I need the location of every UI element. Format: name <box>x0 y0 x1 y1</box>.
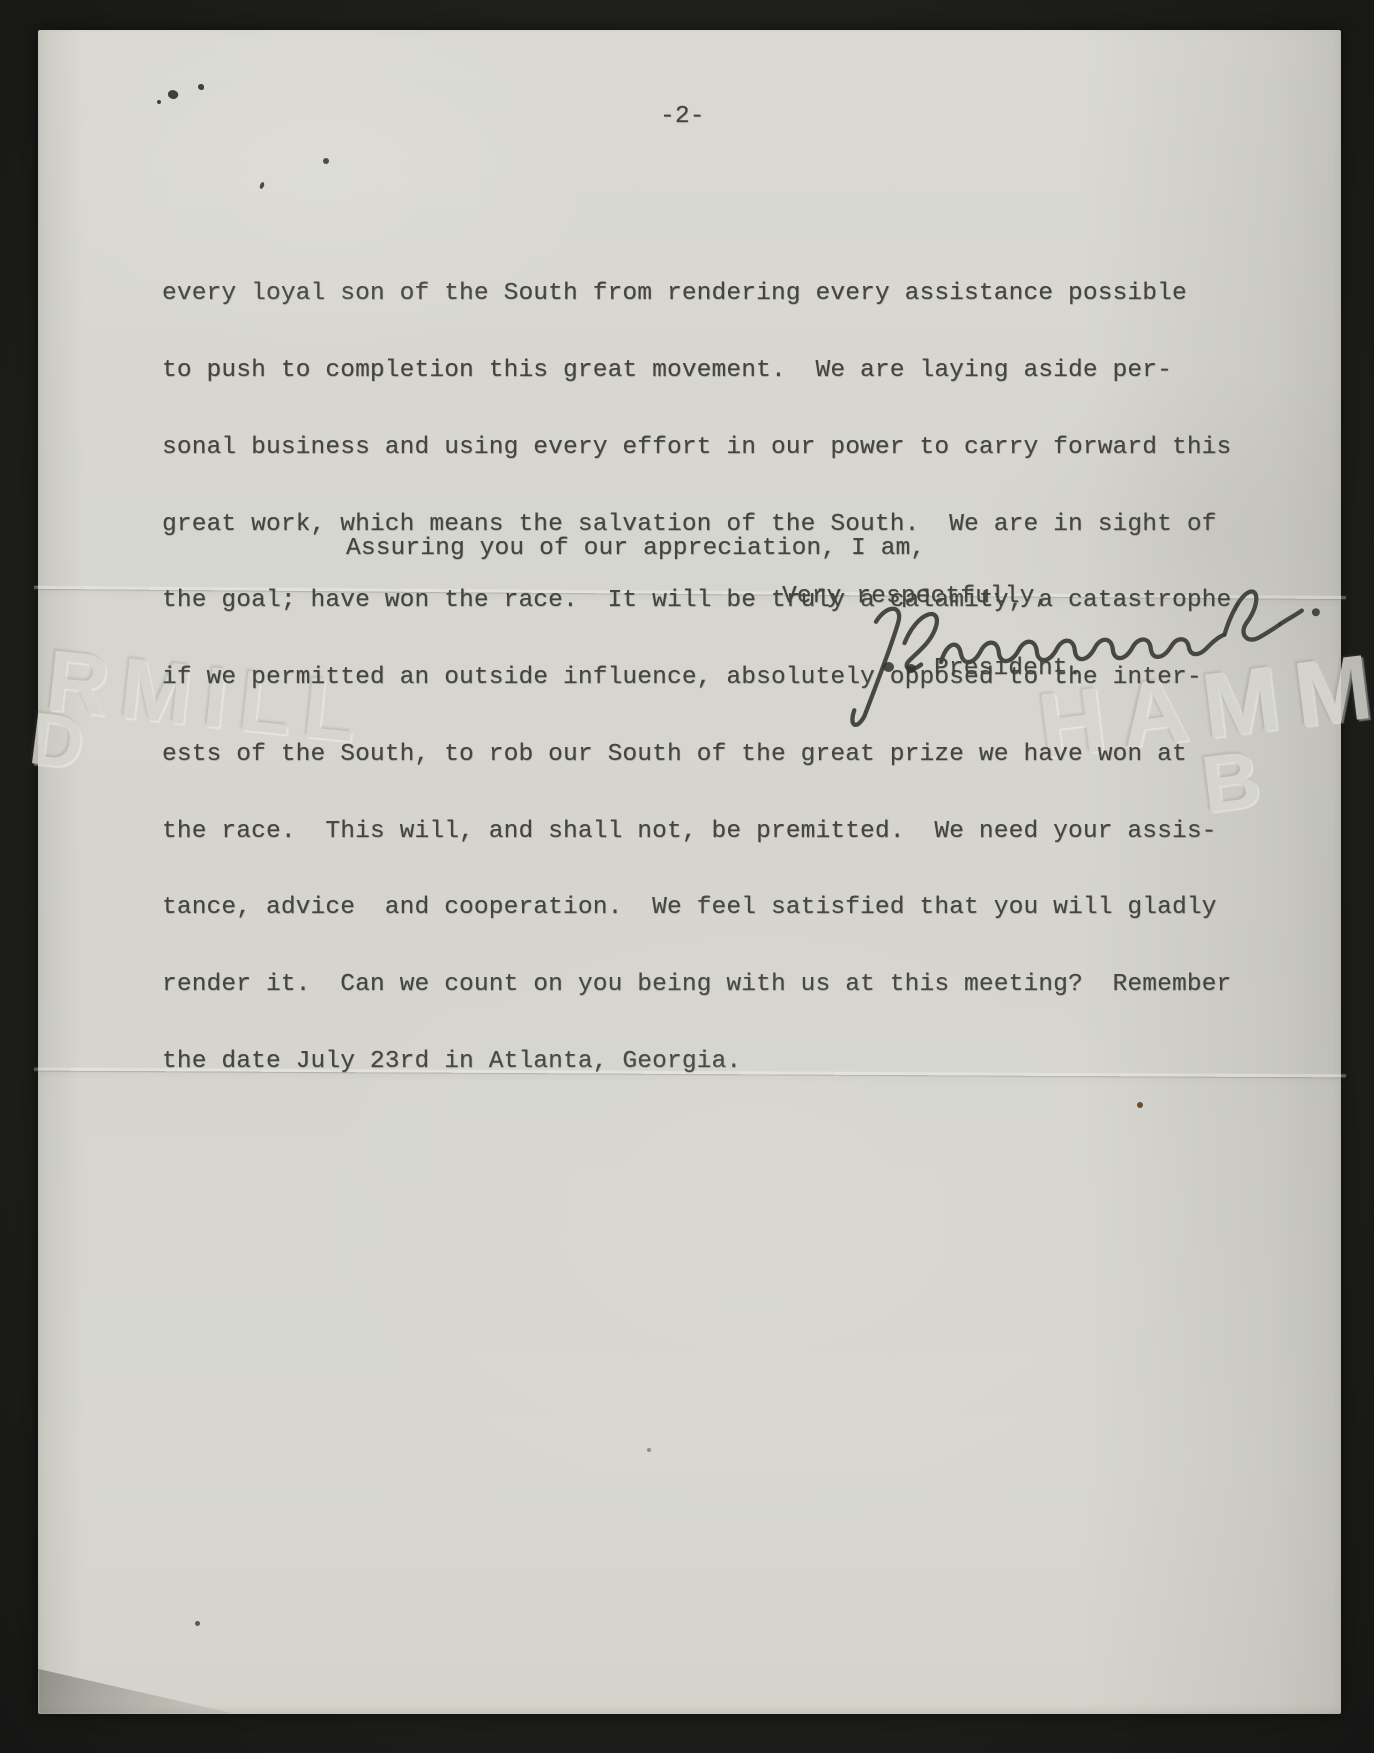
body-line: ests of the South, to rob our South of t… <box>162 742 1246 768</box>
paper-speck <box>195 1621 200 1626</box>
paper-speck <box>323 158 329 164</box>
body-line: the race. This will, and shall not, be p… <box>162 819 1246 845</box>
signature-handwriting: J. S. Wannamaker <box>843 581 1346 734</box>
watermark-bond-left: D <box>25 695 88 786</box>
body-line: sonal business and using every effort in… <box>162 435 1246 461</box>
letter-paper: RMILL D HAMM B -2- every loyal son of th… <box>38 30 1341 1714</box>
paper-speck <box>198 84 204 90</box>
body-line: every loyal son of the South from render… <box>162 281 1246 307</box>
corner-fold-shadow <box>38 1666 236 1714</box>
paper-speck <box>259 182 265 190</box>
page-number: -2- <box>660 104 705 130</box>
signer-title: President. <box>934 656 1083 682</box>
paper-speck <box>157 100 161 104</box>
body-line: the date July 23rd in Atlanta, Georgia. <box>162 1049 1246 1075</box>
closing-line: Assuring you of our appreciation, I am, <box>346 536 925 562</box>
body-line: to push to completion this great movemen… <box>162 358 1246 384</box>
ink-dot <box>883 662 894 672</box>
ink-dot <box>906 664 916 673</box>
body-line: render it. Can we count on you being wit… <box>162 972 1246 998</box>
body-line: great work, which means the salvation of… <box>162 512 1246 538</box>
ink-blemish <box>166 88 179 101</box>
paper-speck <box>647 1448 651 1452</box>
body-line: tance, advice and cooperation. We feel s… <box>162 895 1246 921</box>
